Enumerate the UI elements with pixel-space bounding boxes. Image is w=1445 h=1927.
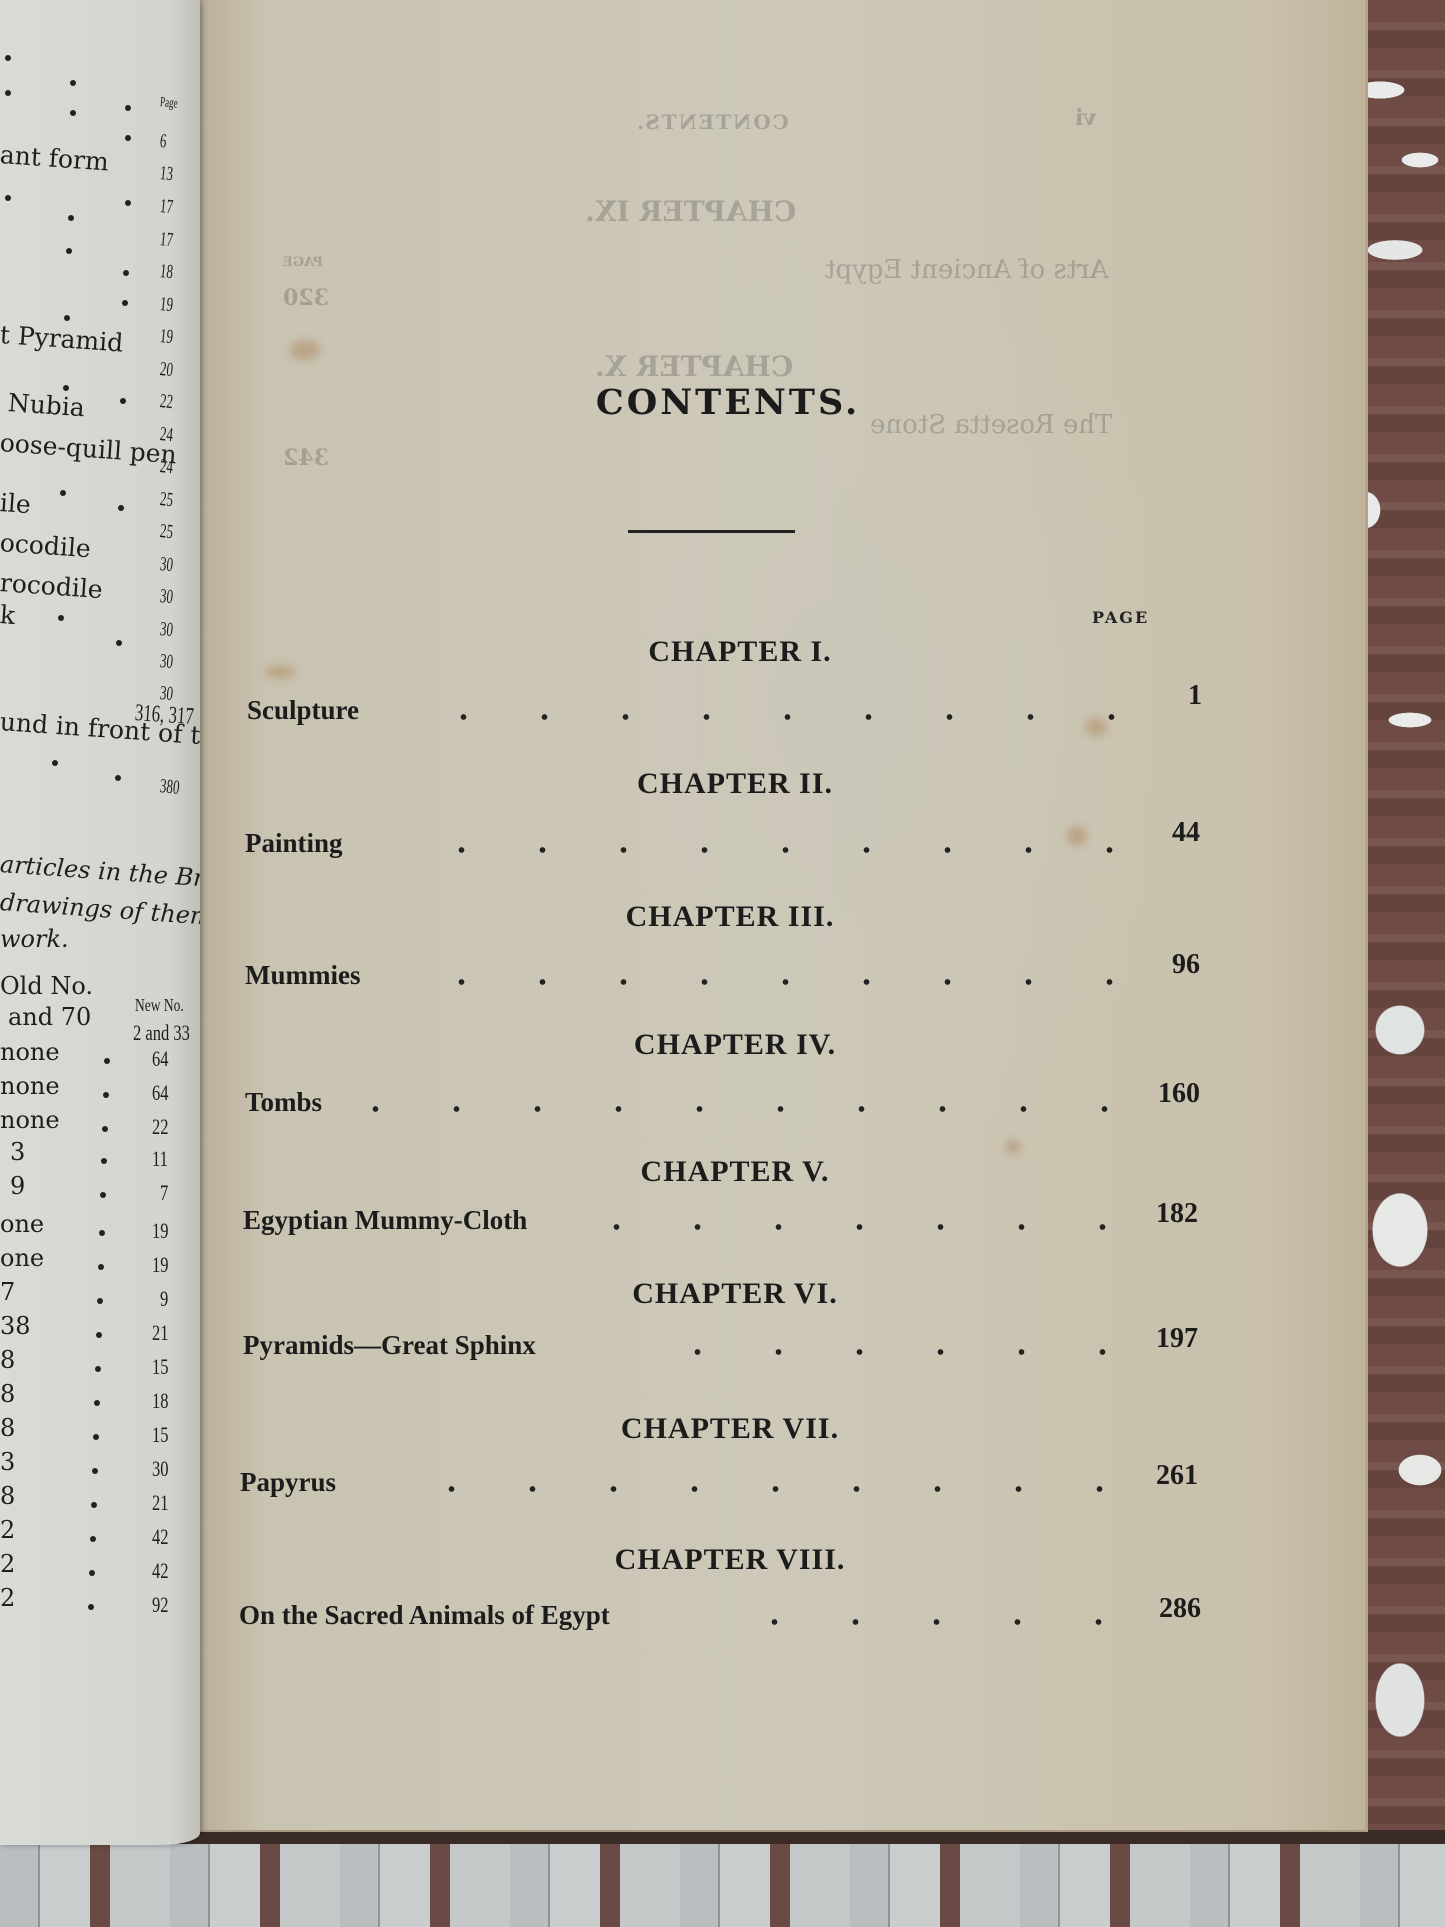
- new-number-cell: 7: [160, 1180, 168, 1206]
- dot-leader: [5, 90, 11, 96]
- dot-leader: [70, 80, 76, 86]
- chapter-heading: CHAPTER VI.: [210, 1277, 1260, 1311]
- page-number: 24: [159, 423, 174, 447]
- toc-entry[interactable]: Mummies 96: [245, 955, 1245, 995]
- page-number: 25: [159, 520, 174, 544]
- title-divider: [628, 530, 795, 533]
- toc-entry-page: 44: [1172, 817, 1200, 849]
- new-number-cell: 18: [152, 1388, 169, 1414]
- new-number-cell: 42: [152, 1524, 169, 1550]
- old-number-cell: none: [0, 1038, 60, 1066]
- dot-leader: [95, 1366, 101, 1372]
- dot-leader: [99, 1230, 105, 1236]
- dot-leader: [125, 200, 131, 206]
- toc-entry-title: Papyrus: [240, 1467, 336, 1498]
- new-number-cell: 42: [152, 1558, 169, 1584]
- dot-leader: [390, 1486, 1140, 1492]
- dot-leader: [125, 105, 131, 111]
- page-number: 380: [159, 775, 181, 800]
- chapter-heading: CHAPTER III.: [205, 900, 1255, 934]
- chapter-heading: CHAPTER VII.: [205, 1412, 1255, 1446]
- new-number-cell: 30: [152, 1456, 169, 1482]
- new-number-cell: 15: [152, 1354, 169, 1380]
- page-number: 19: [159, 325, 174, 349]
- dot-leader: [66, 248, 72, 254]
- illustration-entry-fragment: rocodile: [0, 568, 104, 604]
- foxing-stain: [290, 340, 320, 360]
- dot-leader: [739, 1619, 1139, 1625]
- toc-entry-title: Egyptian Mummy-Cloth: [243, 1205, 527, 1236]
- dot-leader: [60, 490, 66, 496]
- dot-leader: [104, 1058, 110, 1064]
- dot-leader: [97, 1298, 103, 1304]
- page-number: 30: [159, 650, 174, 674]
- old-number-cell: none: [0, 1072, 60, 1100]
- toc-entry-title: Pyramids—Great Sphinx: [243, 1330, 536, 1361]
- toc-entry[interactable]: On the Sacred Animals of Egypt 286: [239, 1595, 1239, 1635]
- toc-entry-page: 182: [1156, 1198, 1198, 1230]
- page-number: 13: [159, 162, 174, 186]
- illustration-entry-fragment: ant form: [0, 140, 110, 177]
- new-number-subheader: 2 and 33: [133, 1020, 190, 1046]
- page-number: 25: [159, 488, 174, 512]
- old-number-cell: 8: [0, 1482, 15, 1510]
- toc-entry-page: 96: [1172, 949, 1200, 981]
- toc-entry-page: 261: [1156, 1460, 1198, 1492]
- old-number-cell: 38: [0, 1312, 31, 1340]
- foxing-stain: [1005, 1140, 1021, 1154]
- page-column-label: PAGE: [1092, 608, 1149, 627]
- illustration-entry-fragment: Nubia: [7, 388, 86, 422]
- new-number-cell: 19: [152, 1252, 169, 1278]
- chapter-heading: CHAPTER V.: [210, 1155, 1260, 1189]
- dot-leader: [89, 1570, 95, 1576]
- page-number: 17: [159, 195, 174, 219]
- old-number-cell: 8: [0, 1380, 15, 1408]
- dot-leader: [70, 110, 76, 116]
- chapter-heading: CHAPTER II.: [210, 767, 1260, 801]
- toc-entry-page: 286: [1159, 1593, 1201, 1625]
- illustration-entry-fragment: ile: [0, 488, 32, 519]
- dot-leader: [94, 1400, 100, 1406]
- old-number-subheader: and 70: [8, 1003, 91, 1031]
- dot-leader: [98, 1264, 104, 1270]
- old-number-cell: 2: [0, 1550, 15, 1578]
- toc-entry-title: On the Sacred Animals of Egypt: [239, 1600, 610, 1631]
- toc-entry-title: Tombs: [245, 1087, 322, 1118]
- new-number-cell: 64: [152, 1080, 169, 1106]
- dot-leader: [5, 195, 11, 201]
- dot-leader: [96, 1332, 102, 1338]
- toc-entry[interactable]: Egyptian Mummy-Cloth 182: [243, 1200, 1243, 1240]
- dot-leader: [668, 1349, 1143, 1355]
- new-number-cell: 21: [152, 1490, 169, 1516]
- new-number-cell: 92: [152, 1592, 169, 1618]
- page-number: 24: [159, 455, 174, 479]
- dot-leader: [93, 1434, 99, 1440]
- toc-entry[interactable]: Painting 44: [245, 823, 1245, 863]
- new-number-cell: 22: [152, 1114, 169, 1140]
- toc-entry-title: Painting: [245, 828, 343, 859]
- toc-entry-page: 197: [1156, 1323, 1198, 1355]
- old-number-header: Old No.: [0, 972, 93, 1000]
- dot-leader: [101, 1158, 107, 1164]
- show-through-chapter-x-page: 342: [283, 445, 329, 471]
- old-number-cell: 2: [0, 1584, 15, 1612]
- old-number-cell: 2: [0, 1516, 15, 1544]
- new-number-cell: 15: [152, 1422, 169, 1448]
- toc-entry[interactable]: Papyrus 261: [240, 1462, 1240, 1502]
- dot-leader: [64, 315, 70, 321]
- chapter-heading: CHAPTER IV.: [210, 1028, 1260, 1062]
- page-number: 30: [159, 618, 174, 642]
- dot-leader: [68, 215, 74, 221]
- dot-leader: [122, 300, 128, 306]
- note-line: work.: [0, 925, 69, 953]
- page-number: 6: [159, 130, 168, 154]
- old-number-cell: 3: [0, 1448, 15, 1476]
- toc-entry-page: 160: [1158, 1078, 1200, 1110]
- new-number-cell: 11: [152, 1146, 168, 1172]
- new-number-cell: 19: [152, 1218, 169, 1244]
- toc-entry-title: Mummies: [245, 960, 360, 991]
- page-number: 316, 317: [134, 700, 195, 731]
- dot-leader: [588, 1224, 1143, 1230]
- page-number: 17: [159, 228, 174, 252]
- note-line: articles in the British: [0, 850, 200, 896]
- page-title: CONTENTS.: [583, 382, 873, 423]
- toc-entry[interactable]: Sculpture 1: [247, 690, 1247, 730]
- chapter-heading: CHAPTER I.: [215, 635, 1265, 669]
- dot-leader: [116, 640, 122, 646]
- dot-leader: [120, 398, 126, 404]
- dot-leader: [100, 1192, 106, 1198]
- old-number-cell: 9: [10, 1172, 25, 1200]
- dot-leader: [115, 775, 121, 781]
- contents-page: CONTENTS. vi CHAPTER IX. Arts of Ancient…: [195, 0, 1368, 1832]
- new-number-header: New No.: [135, 995, 184, 1016]
- page-number: 22: [159, 390, 174, 414]
- show-through-folio: vi: [1075, 105, 1096, 131]
- toc-entry-title: Sculpture: [247, 695, 359, 726]
- old-number-cell: 7: [0, 1278, 15, 1306]
- illustration-entry-fragment: ocodile: [0, 528, 92, 563]
- dot-leader: [118, 505, 124, 511]
- dot-leader: [103, 1092, 109, 1098]
- page-number: 19: [159, 293, 174, 317]
- toc-entry[interactable]: Tombs 160: [245, 1082, 1245, 1122]
- illustration-entry-fragment: k: [0, 600, 16, 630]
- dot-leader: [90, 1536, 96, 1542]
- old-number-cell: 8: [0, 1346, 15, 1374]
- show-through-running-head: CONTENTS.: [635, 110, 789, 134]
- illustration-entry-fragment: oose-quill pen: [0, 428, 178, 469]
- dot-leader: [395, 847, 1150, 853]
- page-number: 30: [159, 585, 174, 609]
- dot-leader: [397, 714, 1152, 720]
- toc-entry[interactable]: Pyramids—Great Sphinx 197: [243, 1325, 1243, 1365]
- dot-leader: [123, 270, 129, 276]
- page-number: 20: [159, 358, 174, 382]
- show-through-chapter-x-title: The Rosetta Stone: [870, 410, 1112, 440]
- page-number: 30: [159, 553, 174, 577]
- dot-leader: [52, 760, 58, 766]
- new-number-cell: 9: [160, 1286, 168, 1312]
- page-column-label: Page: [159, 95, 178, 113]
- dot-leader: [5, 55, 11, 61]
- page-number: 18: [159, 260, 174, 284]
- show-through-chapter-ix-title: Arts of Ancient Egypt: [825, 255, 1108, 285]
- show-through-chapter-x: CHAPTER X.: [595, 350, 793, 383]
- dot-leader: [355, 1106, 1145, 1112]
- dot-leader: [88, 1604, 94, 1610]
- old-number-cell: 3: [10, 1138, 25, 1166]
- dot-leader: [395, 979, 1150, 985]
- toc-entry-page: 1: [1188, 680, 1202, 712]
- dot-leader: [58, 615, 64, 621]
- dot-leader: [92, 1468, 98, 1474]
- show-through-chapter-ix-page: 320: [283, 285, 329, 311]
- old-number-cell: one: [0, 1244, 44, 1272]
- show-through-chapter-ix: CHAPTER IX.: [585, 195, 796, 228]
- dot-leader: [102, 1126, 108, 1132]
- show-through-page-label: PAGE: [283, 255, 323, 270]
- old-number-cell: 8: [0, 1414, 15, 1442]
- dot-leader: [125, 135, 131, 141]
- old-number-cell: one: [0, 1210, 44, 1238]
- new-number-cell: 64: [152, 1046, 169, 1072]
- chapter-heading: CHAPTER VIII.: [205, 1543, 1255, 1577]
- previous-page: ant form t Pyramid Nubia oose-quill pen …: [0, 0, 200, 1845]
- new-number-cell: 21: [152, 1320, 169, 1346]
- illustration-entry-fragment: t Pyramid: [0, 320, 124, 358]
- wooden-background-bottom: [0, 1830, 1445, 1927]
- dot-leader: [91, 1502, 97, 1508]
- dot-leader: [63, 385, 69, 391]
- old-number-cell: none: [0, 1106, 60, 1134]
